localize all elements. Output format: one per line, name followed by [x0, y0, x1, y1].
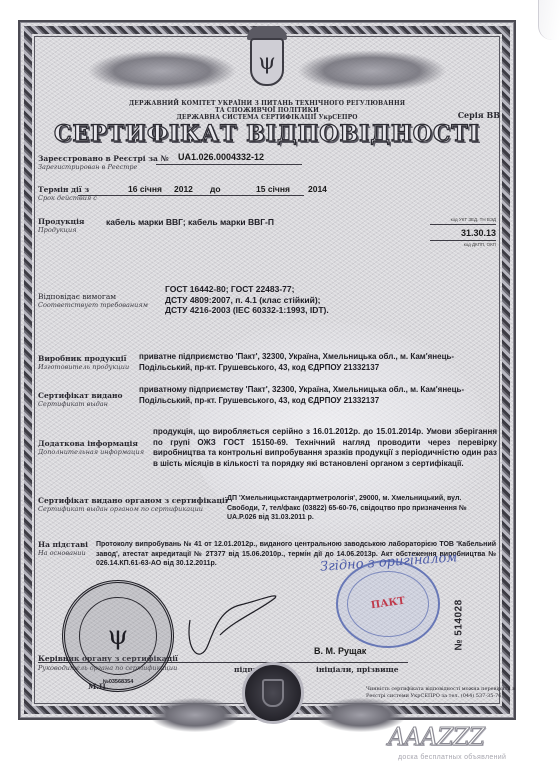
additional-info-value: продукція, що виробляється серійно з 16.…	[153, 427, 497, 469]
basis-label: На підставі	[38, 540, 88, 549]
requirements-row: Відповідає вимогам Соответствует требова…	[38, 284, 496, 320]
manufacturer-value: приватне підприємство 'Пакт', 32300, Укр…	[139, 352, 497, 373]
issued-to-value: приватному підприємству 'Пакт', 32300, У…	[139, 385, 497, 406]
additional-info-label: Додаткова інформація	[38, 439, 144, 448]
company-stamp: ПАКТ	[336, 560, 440, 648]
stamp-number: №03568354	[65, 679, 171, 685]
signature-scribble	[180, 590, 290, 670]
certification-body-label-ru: Сертификат выдан органом по сертификации	[38, 505, 228, 513]
bottom-ornament-left	[150, 698, 240, 732]
certification-body-stamp: ψ №03568354	[62, 580, 174, 692]
product-code-bottom-label: код ДКПП, ОКП	[430, 241, 496, 247]
authority-line-1: ДЕРЖАВНИЙ КОМІТЕТ УКРАЇНИ З ПИТАНЬ ТЕХНІ…	[20, 100, 514, 107]
manufacturer-label: Виробник продукції	[38, 354, 129, 363]
authority-line-2: ТА СПОЖИВЧОЇ ПОЛІТИКИ	[20, 107, 514, 114]
requirement-item: ГОСТ 16442-80; ГОСТ 22483-77;	[165, 284, 329, 295]
site-watermark-tagline: доска бесплатных объявлений	[398, 754, 506, 761]
validity-row: Термін дії з Срок действия с 16 січня 20…	[38, 185, 496, 205]
registration-label: Зареєстровано в Реєстрі за №	[38, 154, 496, 163]
requirements-label-ru: Соответствует требованиям	[38, 301, 148, 309]
product-code: 31.30.13	[430, 225, 496, 241]
authority-line-3: ДЕРЖАВНА СИСТЕМА СЕРТИФІКАЦІЇ УкрСЕПРО	[20, 114, 514, 121]
leaf-ornament-right	[297, 50, 447, 92]
requirements-list: ГОСТ 16442-80; ГОСТ 22483-77; ДСТУ 4809:…	[165, 284, 329, 316]
valid-to-year: 2014	[308, 184, 327, 194]
site-watermark-logo: AAAZZZ	[388, 723, 484, 751]
registration-number: UA1.026.0004332-12	[178, 152, 264, 162]
issuing-authority: ДЕРЖАВНИЙ КОМІТЕТ УКРАЇНИ З ПИТАНЬ ТЕХНІ…	[20, 100, 514, 121]
page-edge	[538, 0, 560, 40]
serial-number-text: № 514028	[454, 599, 465, 650]
tryzub-icon: ψ	[108, 621, 128, 651]
product-value: кабель марки ВВГ; кабель марки ВВГ-П	[106, 217, 274, 228]
hologram-seal	[242, 662, 304, 724]
certification-body-label: Сертифікат видано органом з сертифікації	[38, 496, 228, 505]
requirement-item: ДСТУ 4809:2007, п. 4.1 (клас стійкий);	[165, 295, 329, 306]
certification-body-value: ДП 'Хмельницькстандартметрологія', 29000…	[227, 494, 495, 523]
product-row: Продукція Продукция кабель марки ВВГ; ка…	[38, 217, 496, 255]
registration-underline	[156, 164, 302, 165]
valid-to-word: до	[210, 184, 221, 194]
validity-underline	[78, 195, 304, 196]
valid-to-date: 15 січня	[256, 184, 290, 194]
basis-label-ru: На основании	[38, 549, 88, 557]
document-title: СЕРТИФІКАТ ВІДПОВІДНОСТІ	[20, 121, 514, 147]
product-code-top-label: код УКТ ЗЕД, ТН ВЭД	[430, 217, 496, 225]
certification-body-row: Сертифікат видано органом з сертифікації…	[38, 494, 496, 530]
issued-to-row: Сертифікат видано Сертификат выдан прива…	[38, 385, 496, 411]
requirements-label: Відповідає вимогам	[38, 292, 148, 301]
leaf-ornament-left	[87, 50, 237, 92]
additional-info-label-ru: Дополнительная информация	[38, 448, 144, 456]
registration-row: Зареєстровано в Реєстрі за № Зарегистрир…	[38, 154, 496, 174]
manufacturer-row: Виробник продукції Изготовитель продукци…	[38, 352, 496, 378]
product-code-block: код УКТ ЗЕД, ТН ВЭД 31.30.13 код ДКПП, О…	[430, 217, 496, 247]
requirement-item: ДСТУ 4216-2003 (IEC 60332-1:1993, IDT).	[165, 305, 329, 316]
additional-info-row: Додаткова інформація Дополнительная инфо…	[38, 427, 496, 483]
signer-name: В. М. Рущак	[314, 646, 366, 656]
serial-number: № 514028	[452, 570, 466, 680]
initials-caption: ініціали, прізвище	[316, 665, 399, 674]
issued-to-label: Сертифікат видано	[38, 391, 122, 400]
hologram-shield-icon	[262, 679, 284, 707]
manufacturer-label-ru: Изготовитель продукции	[38, 363, 129, 371]
valid-from-date: 16 січня	[128, 184, 162, 194]
tryzub-icon: ψ	[250, 38, 284, 86]
valid-from-year: 2012	[174, 184, 193, 194]
series-label: Серія BB	[458, 110, 500, 120]
issued-to-label-ru: Сертификат выдан	[38, 400, 122, 408]
verification-note: Чинність сертифіката відповідності можна…	[366, 686, 516, 699]
top-crest-ornament: ψ	[87, 36, 447, 98]
